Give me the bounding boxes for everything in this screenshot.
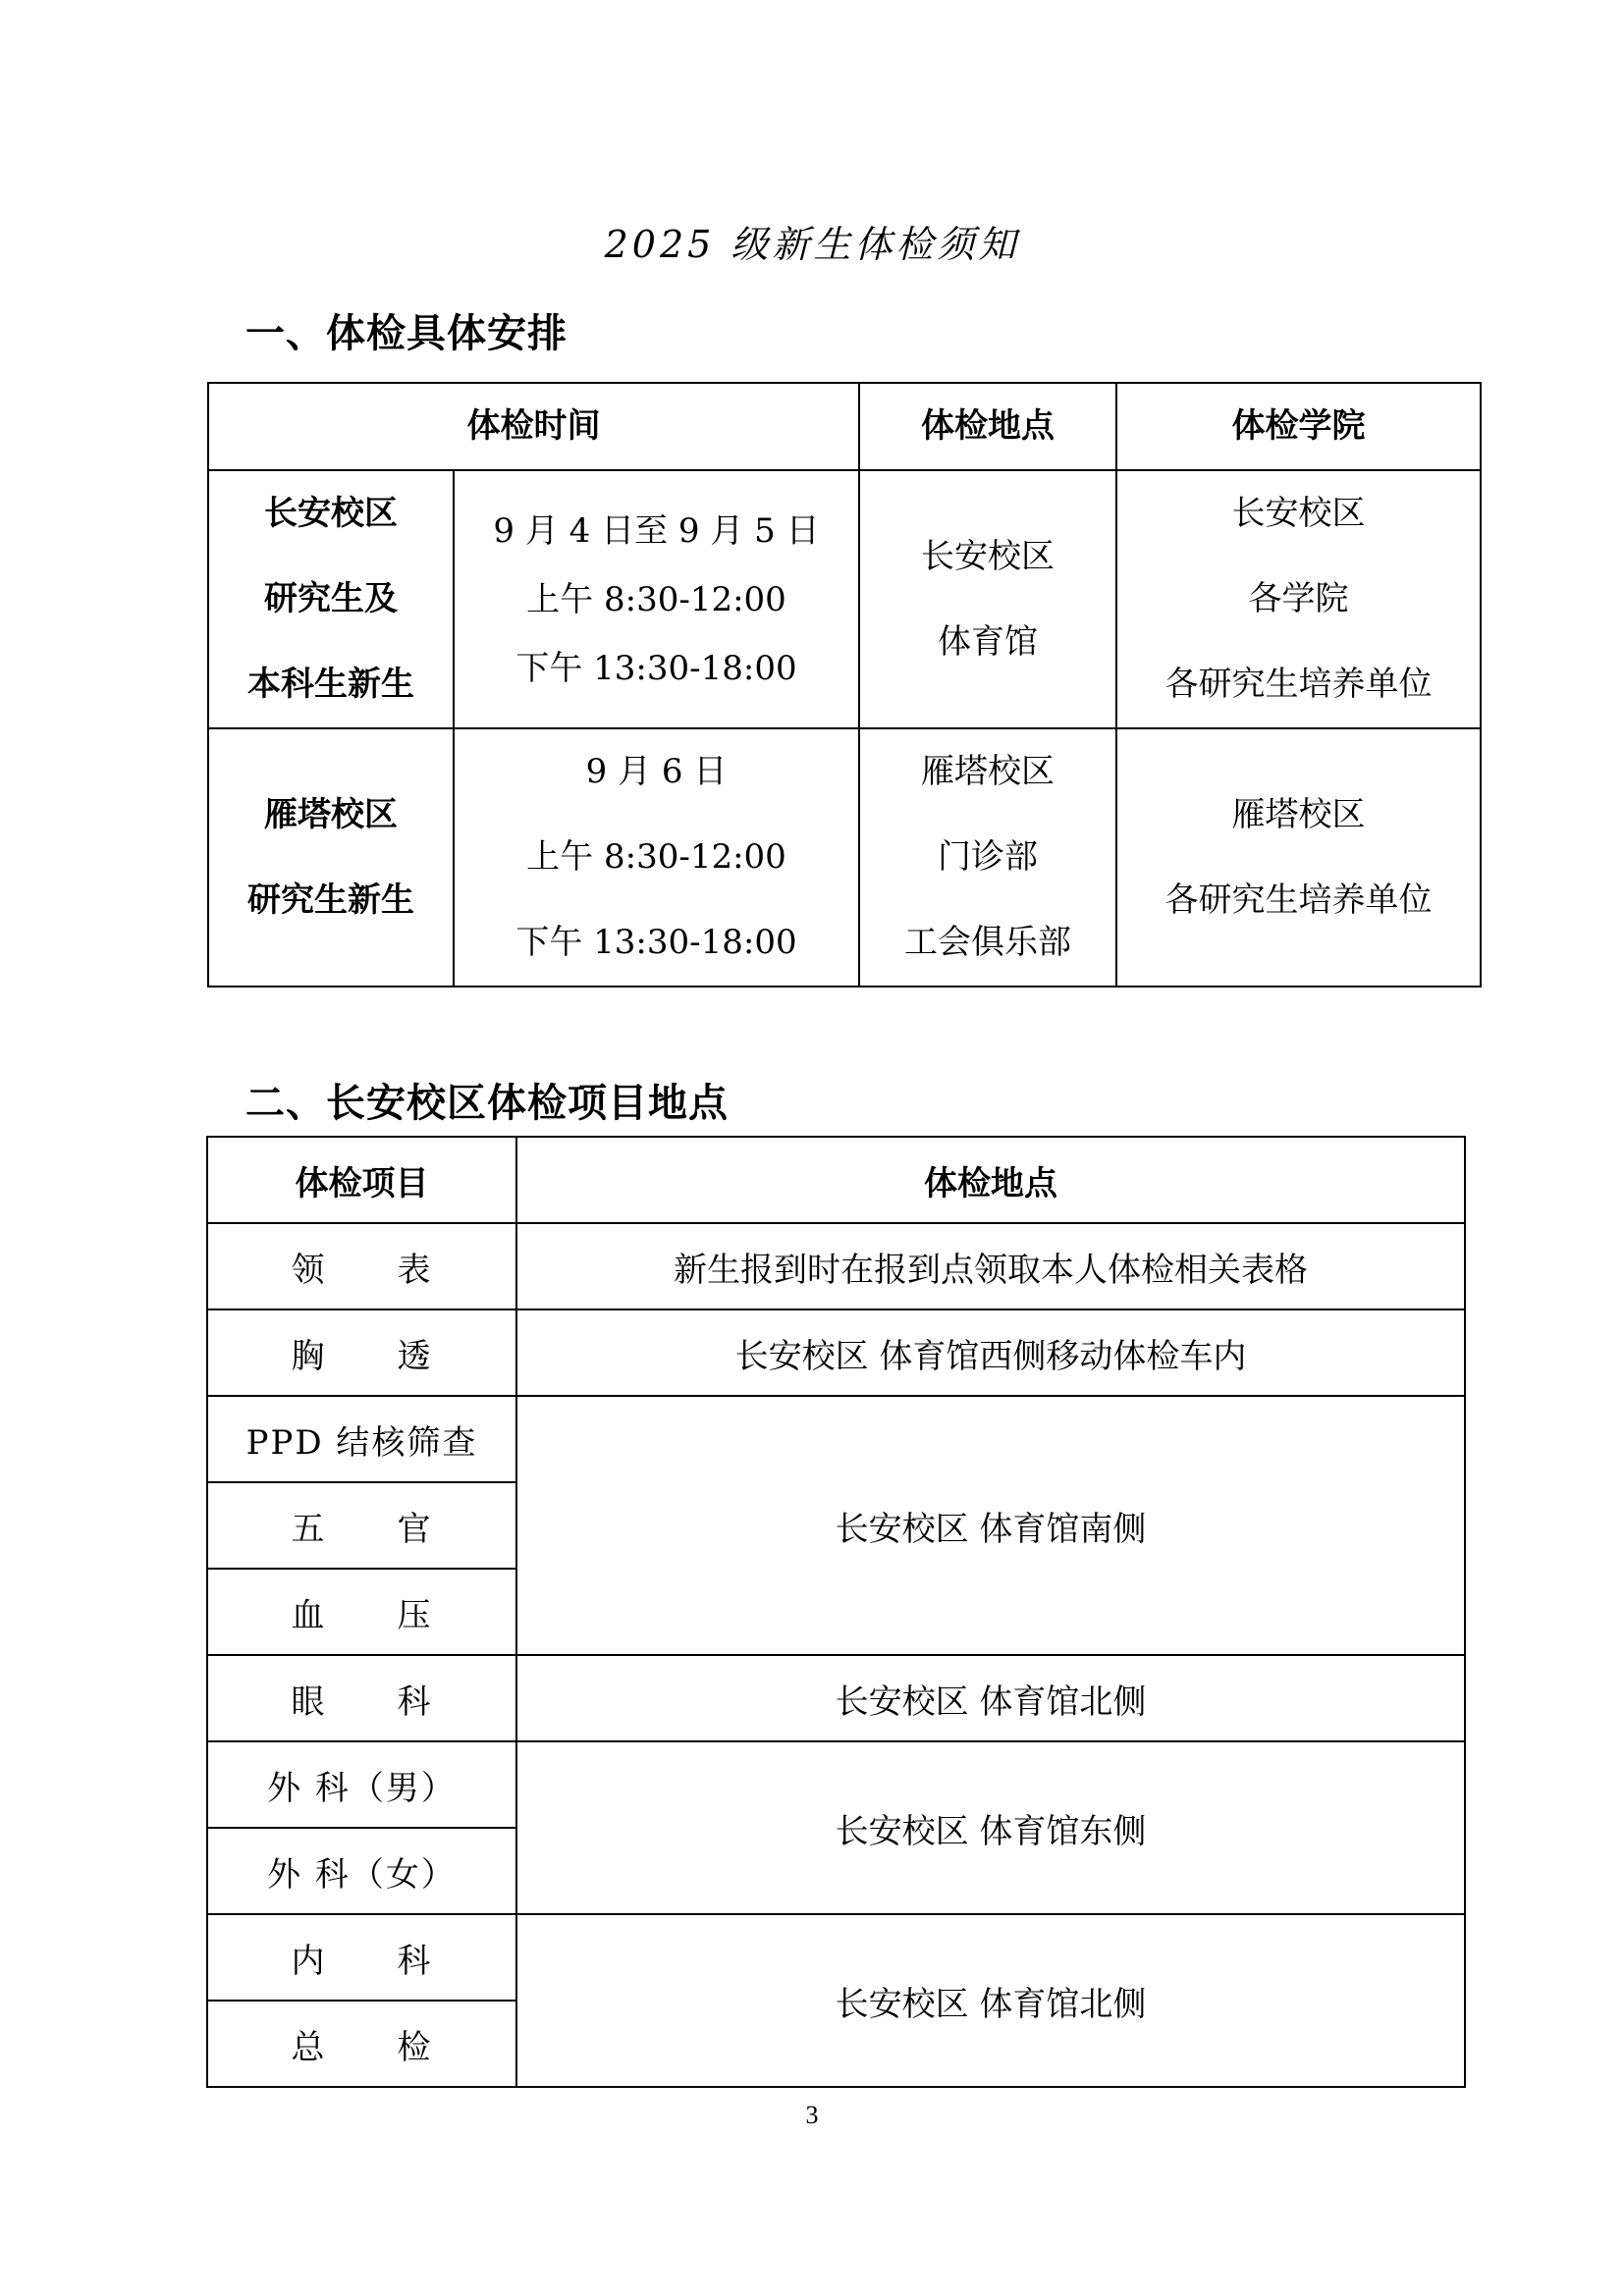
exam-item-cell: 内 科: [207, 1914, 516, 2001]
exam-item-cell: 眼 科: [207, 1655, 516, 1741]
exam-location-cell: 长安校区 体育馆东侧: [516, 1741, 1465, 1914]
exam-location-cell: 长安校区 体育馆北侧: [516, 1655, 1465, 1741]
table-row: 雁塔校区 研究生新生 9 月 6 日 上午 8:30-12:00 下午 13:3…: [208, 728, 1481, 987]
time-cell: 9 月 4 日至 9 月 5 日 上午 8:30-12:00 下午 13:30-…: [454, 470, 859, 728]
table-row: PPD 结核筛查 长安校区 体育馆南侧: [207, 1396, 1465, 1482]
section-heading-exam-locations: 二、长安校区体检项目地点: [245, 1072, 729, 1128]
table-header-row: 体检时间 体检地点 体检学院: [208, 383, 1481, 470]
exam-location-cell: 新生报到时在报到点领取本人体检相关表格: [516, 1223, 1465, 1309]
exam-item-cell: 总 检: [207, 2001, 516, 2087]
column-header-location: 体检地点: [859, 383, 1116, 470]
column-header-item: 体检项目: [207, 1137, 516, 1223]
table-row: 外 科（男） 长安校区 体育馆东侧: [207, 1741, 1465, 1828]
section-heading-schedule: 一、体检具体安排: [245, 302, 568, 358]
location-cell: 雁塔校区 门诊部 工会俱乐部: [859, 728, 1116, 987]
table-header-row: 体检项目 体检地点: [207, 1137, 1465, 1223]
schedule-table: 体检时间 体检地点 体检学院 长安校区 研究生及 本科生新生 9 月 4 日至 …: [207, 382, 1482, 988]
exam-item-cell: 血 压: [207, 1569, 516, 1655]
exam-location-cell: 长安校区 体育馆南侧: [516, 1396, 1465, 1655]
location-cell: 长安校区 体育馆: [859, 470, 1116, 728]
table-row: 内 科 长安校区 体育馆北侧: [207, 1914, 1465, 2001]
column-header-location: 体检地点: [516, 1137, 1465, 1223]
document-title: 2025 级新生体检须知: [0, 214, 1624, 268]
column-header-college: 体检学院: [1116, 383, 1481, 470]
table-row: 领 表 新生报到时在报到点领取本人体检相关表格: [207, 1223, 1465, 1309]
table-row: 长安校区 研究生及 本科生新生 9 月 4 日至 9 月 5 日 上午 8:30…: [208, 470, 1481, 728]
table-row: 胸 透 长安校区 体育馆西侧移动体检车内: [207, 1309, 1465, 1396]
exam-location-cell: 长安校区 体育馆西侧移动体检车内: [516, 1309, 1465, 1396]
page-number: 3: [0, 2101, 1624, 2130]
exam-location-table: 体检项目 体检地点 领 表 新生报到时在报到点领取本人体检相关表格 胸 透 长安…: [206, 1136, 1466, 2088]
campus-group-cell: 长安校区 研究生及 本科生新生: [208, 470, 454, 728]
exam-item-cell: 外 科（女）: [207, 1828, 516, 1914]
exam-item-cell: PPD 结核筛查: [207, 1396, 516, 1482]
exam-item-cell: 五 官: [207, 1482, 516, 1569]
exam-item-cell: 胸 透: [207, 1309, 516, 1396]
college-cell: 雁塔校区 各研究生培养单位: [1116, 728, 1481, 987]
time-cell: 9 月 6 日 上午 8:30-12:00 下午 13:30-18:00: [454, 728, 859, 987]
college-cell: 长安校区 各学院 各研究生培养单位: [1116, 470, 1481, 728]
exam-location-cell: 长安校区 体育馆北侧: [516, 1914, 1465, 2087]
column-header-time: 体检时间: [208, 383, 859, 470]
exam-item-cell: 外 科（男）: [207, 1741, 516, 1828]
exam-item-cell: 领 表: [207, 1223, 516, 1309]
table-row: 眼 科 长安校区 体育馆北侧: [207, 1655, 1465, 1741]
campus-group-cell: 雁塔校区 研究生新生: [208, 728, 454, 987]
